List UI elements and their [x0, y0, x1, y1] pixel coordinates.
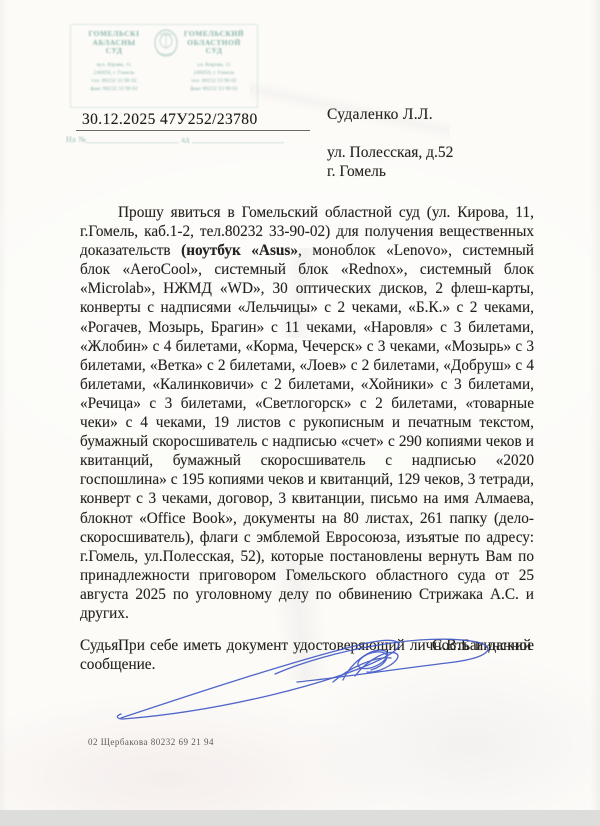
scanned-document-paper: ГОМЕЛЬСКІ АБЛАСНЫ СУД вул. Кірава, 11 24…	[0, 0, 600, 810]
recipient-address-city: г. Гомель	[327, 162, 453, 181]
court-letterhead-stamp: ГОМЕЛЬСКІ АБЛАСНЫ СУД вул. Кірава, 11 24…	[70, 24, 258, 108]
recipient-block: Судаленко Л.Л. ул. Полесская, д.52 г. Го…	[327, 105, 453, 181]
coat-of-arms-icon	[151, 27, 181, 61]
letter-body: Прошу явиться в Гомельский областной суд…	[80, 203, 534, 674]
stamp-column-russian: ГОМЕЛЬСКИЙ ОБЛАСТНОЙ СУД ул. Кирова, 11 …	[177, 30, 251, 104]
recipient-name: Судаленко Л.Л.	[327, 105, 453, 124]
date-underline	[76, 130, 310, 131]
stamp-line: ул. Кирова, 11	[177, 62, 251, 69]
paragraph1-bold-text: (ноутбук «Asus»	[181, 242, 298, 259]
stamp-column-belarusian: ГОМЕЛЬСКІ АБЛАСНЫ СУД вул. Кірава, 11 24…	[77, 30, 151, 104]
clerk-contact-note: 02 Щербакова 80232 69 21 94	[88, 737, 214, 747]
stamp-line: тел. 80232 33 90 02	[177, 78, 251, 85]
stamp-line: 246050, г. Гомель	[177, 70, 251, 77]
date-and-number: 30.12.2025 47У252/23780	[82, 111, 258, 129]
stamp-line: вул. Кірава, 11	[77, 62, 151, 69]
paragraph1-text: , моноблок «Lenovo», системный блок «Aer…	[80, 242, 534, 622]
letterhead-reference-line: На №_____________________ ад ___________…	[66, 135, 356, 144]
stamp-line: факс 80232 33 90 02	[177, 86, 251, 93]
stamp-line: СУД	[177, 47, 251, 56]
recipient-address-street: ул. Полесская, д.52	[327, 143, 453, 162]
body-paragraph-1: Прошу явиться в Гомельский областной суд…	[80, 203, 534, 623]
stamp-line: 246050, г. Гомель	[77, 70, 151, 77]
stamp-line: факс 80232 33 90 02	[77, 86, 151, 93]
stamp-line: тэл. 80232 33 90 02	[77, 78, 151, 85]
stamp-line: СУД	[77, 47, 151, 56]
handwritten-signature	[105, 616, 505, 731]
